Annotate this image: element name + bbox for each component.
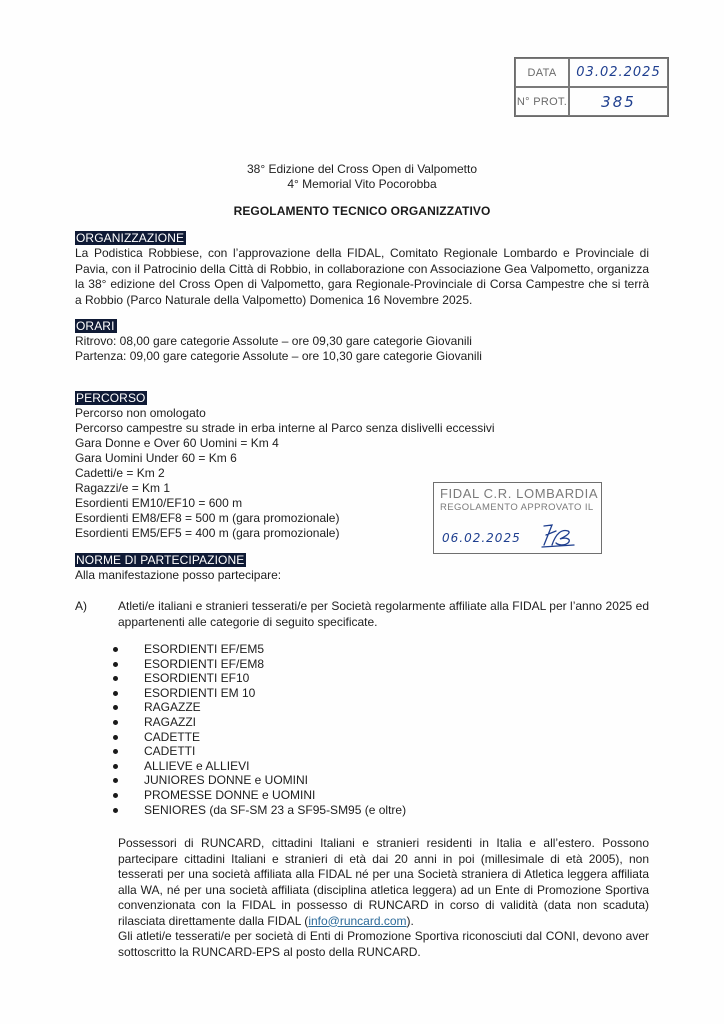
runcard-email-link[interactable]: info@runcard.com (308, 914, 406, 928)
bullet-icon (113, 808, 118, 813)
list-item: ESORDIENTI EF/EM5 (110, 642, 406, 657)
list-item: CADETTE (110, 730, 406, 745)
list-item: PROMESSE DONNE e UOMINI (110, 788, 406, 803)
list-item: ESORDIENTI EM 10 (110, 686, 406, 701)
percorso-line: Ragazzi/e = Km 1 (75, 481, 170, 496)
signature-icon (538, 523, 578, 549)
list-item: SENIORES (da SF-SM 23 a SF95-SM95 (e olt… (110, 803, 406, 818)
document-title: REGOLAMENTO TECNICO ORGANIZZATIVO (0, 204, 724, 218)
protocol-stamp: DATA 03.02.2025 N° PROT. 385 (514, 57, 669, 117)
bullet-icon (113, 720, 118, 725)
list-item: ESORDIENTI EF10 (110, 671, 406, 686)
runcard-section: Possessori di RUNCARD, cittadini Italian… (118, 836, 649, 960)
orari-ritrovo: Ritrovo: 08,00 gare categorie Assolute –… (75, 334, 472, 349)
list-item: RAGAZZI (110, 715, 406, 730)
orari-partenza: Partenza: 09,00 gare categorie Assolute … (75, 349, 482, 364)
bullet-icon (113, 676, 118, 681)
bullet-icon (113, 778, 118, 783)
bullet-icon (113, 764, 118, 769)
category-label: CADETTI (144, 744, 195, 758)
category-label: SENIORES (da SF-SM 23 a SF95-SM95 (e olt… (144, 803, 406, 817)
category-list: ESORDIENTI EF/EM5 ESORDIENTI EF/EM8 ESOR… (110, 642, 406, 817)
bullet-icon (113, 662, 118, 667)
percorso-line: Percorso non omologato (75, 406, 206, 421)
category-label: ESORDIENTI EF/EM5 (144, 642, 264, 656)
organizzazione-text: La Podistica Robbiese, con l’approvazion… (75, 246, 649, 308)
date-label: DATA (528, 67, 557, 79)
bullet-icon (113, 749, 118, 754)
prot-label-cell: N° PROT. (515, 87, 569, 116)
category-label: CADETTE (144, 730, 200, 744)
bullet-icon (113, 705, 118, 710)
eps-paragraph: Gli atleti/e tesserati/e per società di … (118, 929, 649, 960)
section-heading-percorso: PERCORSO (75, 391, 147, 405)
runcard-paragraph: Possessori di RUNCARD, cittadini Italian… (118, 836, 649, 929)
section-heading-orari: ORARI (75, 319, 117, 333)
norme-intro: Alla manifestazione posso partecipare: (75, 568, 281, 583)
date-value: 03.02.2025 (576, 65, 660, 80)
stamp-committee: FIDAL C.R. LOMBARDIA (440, 486, 598, 501)
percorso-line: Esordienti EM10/EF10 = 600 m (75, 496, 242, 511)
item-a-label: A) (75, 599, 87, 613)
category-label: PROMESSE DONNE e UOMINI (144, 788, 315, 802)
bullet-icon (113, 647, 118, 652)
bullet-icon (113, 793, 118, 798)
category-label: ESORDIENTI EM 10 (144, 686, 255, 700)
category-label: RAGAZZE (144, 700, 201, 714)
section-heading-norme: NORME DI PARTECIPAZIONE (75, 553, 246, 567)
fidal-approval-stamp: FIDAL C.R. LOMBARDIA REGOLAMENTO APPROVA… (433, 482, 602, 554)
percorso-line: Cadetti/e = Km 2 (75, 466, 165, 481)
list-item: ALLIEVE e ALLIEVI (110, 759, 406, 774)
percorso-line: Esordienti EM8/EF8 = 500 m (gara promozi… (75, 511, 339, 526)
event-edition-line: 38° Edizione del Cross Open di Valpomett… (0, 162, 724, 177)
date-value-cell: 03.02.2025 (569, 58, 668, 87)
percorso-line: Gara Uomini Under 60 = Km 6 (75, 451, 237, 466)
bullet-icon (113, 691, 118, 696)
percorso-line: Gara Donne e Over 60 Uomini = Km 4 (75, 436, 279, 451)
memorial-line: 4° Memorial Vito Pocorobba (0, 177, 724, 192)
prot-value: 385 (601, 93, 636, 111)
prot-label: N° PROT. (517, 96, 567, 108)
runcard-text-end: ). (407, 914, 414, 928)
prot-value-cell: 385 (569, 87, 668, 116)
category-label: RAGAZZI (144, 715, 196, 729)
date-label-cell: DATA (515, 58, 569, 87)
item-a-text: Atleti/e italiani e stranieri tesserati/… (118, 599, 649, 630)
stamp-approval-date: 06.02.2025 (442, 531, 521, 545)
list-item: CADETTI (110, 744, 406, 759)
stamp-approved-label: REGOLAMENTO APPROVATO IL (440, 502, 594, 513)
category-label: ALLIEVE e ALLIEVI (144, 759, 249, 773)
bullet-icon (113, 735, 118, 740)
percorso-line: Percorso campestre su strade in erba int… (75, 421, 495, 436)
category-label: JUNIORES DONNE e UOMINI (144, 773, 308, 787)
list-item: RAGAZZE (110, 700, 406, 715)
category-label: ESORDIENTI EF/EM8 (144, 657, 264, 671)
list-item: JUNIORES DONNE e UOMINI (110, 773, 406, 788)
percorso-line: Esordienti EM5/EF5 = 400 m (gara promozi… (75, 526, 339, 541)
list-item: ESORDIENTI EF/EM8 (110, 657, 406, 672)
document-page: DATA 03.02.2025 N° PROT. 385 38° Edizion… (0, 0, 724, 1024)
category-label: ESORDIENTI EF10 (144, 671, 249, 685)
section-heading-organizzazione: ORGANIZZAZIONE (75, 231, 186, 245)
